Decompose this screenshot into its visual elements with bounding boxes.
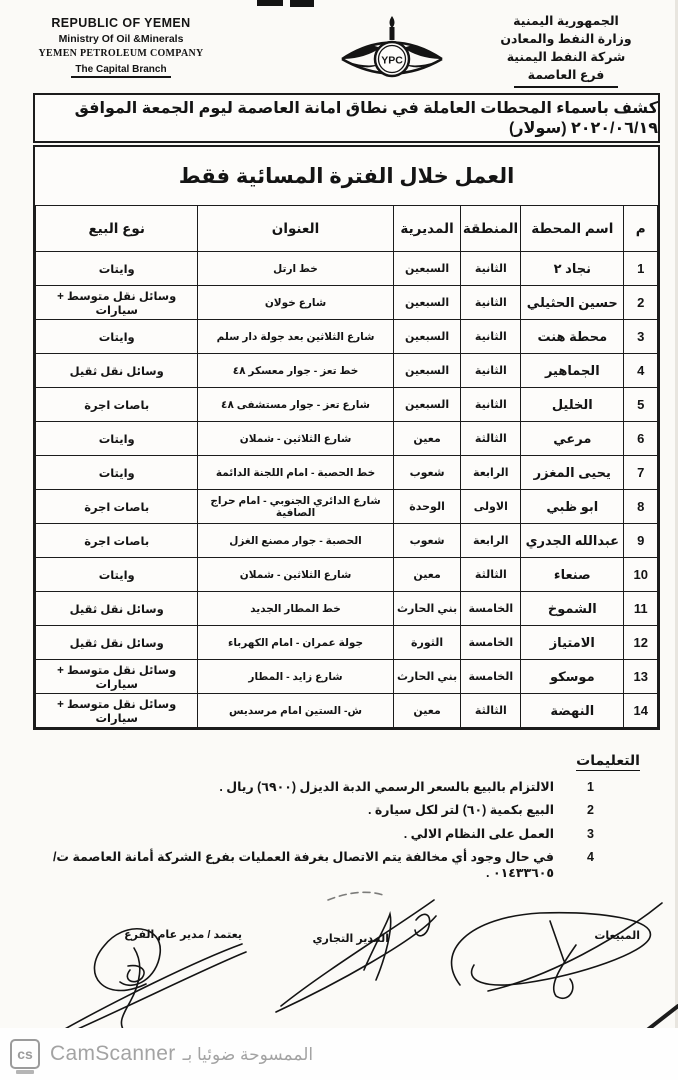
document-title-box: كشف باسماء المحطات العاملة في نطاق امانة… [33, 93, 660, 143]
cell-district: السبعين [393, 252, 461, 286]
table-row: 8ابو ظبيالاولىالوحدةشارع الدائري الجنوبي… [36, 490, 658, 524]
cell-address: جولة عمران - امام الكهرباء [198, 626, 393, 660]
cell-station: عبدالله الجدري [521, 524, 624, 558]
cell-district: معين [393, 558, 461, 592]
header-station-name: اسم المحطة [521, 206, 624, 252]
cell-station: النهضة [521, 694, 624, 728]
signature-label: يعتمد / مدير عام الفرع [124, 928, 242, 941]
cell-address: شارع زايد - المطار [198, 660, 393, 694]
document-subtitle: العمل خلال الفترة المسائية فقط [35, 147, 658, 205]
table-row: 10صنعاءالثالثةمعينشارع الثلاثين - شملانو… [36, 558, 658, 592]
scan-artifact-bar [257, 0, 283, 6]
cell-area: الثانية [461, 388, 521, 422]
cell-sale: وايتات [36, 320, 198, 354]
cell-sale: وايتات [36, 422, 198, 456]
cell-station: موسكو [521, 660, 624, 694]
cell-station: ابو ظبي [521, 490, 624, 524]
table-row: 1نجاد ٢الثانيةالسبعينخط ارتلوايتات [36, 252, 658, 286]
signature-commercial-manager: المدير التجاري [266, 886, 441, 1018]
cell-district: الوحدة [393, 490, 461, 524]
cell-area: الخامسة [461, 660, 521, 694]
cell-num: 9 [624, 524, 658, 558]
cell-sale: وسائل نقل ثقيل [36, 626, 198, 660]
cell-address: خط تعز - جوار معسكر ٤٨ [198, 354, 393, 388]
table-row: 9عبدالله الجدريالرابعةشعوبالحصبة - جوار … [36, 524, 658, 558]
cell-area: الثانية [461, 354, 521, 388]
instruction-item: 3العمل على النظام الالي . [30, 826, 652, 842]
cell-address: خط المطار الجديد [198, 592, 393, 626]
cell-district: بني الحارث [393, 592, 461, 626]
cell-station: محطة هنت [521, 320, 624, 354]
cell-num: 1 [624, 252, 658, 286]
cell-station: الشموخ [521, 592, 624, 626]
scan-artifact-bar [290, 0, 314, 7]
cell-area: الثانية [461, 320, 521, 354]
instruction-number: 4 [566, 849, 594, 882]
cell-sale: وسائل نقل ثقيل [36, 354, 198, 388]
company-name-ar: شركة النفط اليمنية [476, 48, 656, 66]
cell-area: الثالثة [461, 422, 521, 456]
table-row: 5الخليلالثانيةالسبعينشارع تعز - جوار مست… [36, 388, 658, 422]
cell-area: الثالثة [461, 694, 521, 728]
cell-num: 10 [624, 558, 658, 592]
cell-station: مرعي [521, 422, 624, 456]
header-sale-type: نوع البيع [36, 206, 198, 252]
cell-address: شارع الدائري الجنوبي - امام حراج الصافية [198, 490, 393, 524]
cell-area: الخامسة [461, 626, 521, 660]
cell-area: الخامسة [461, 592, 521, 626]
cell-area: الثانية [461, 252, 521, 286]
ypc-logo-icon: YPC [336, 12, 448, 92]
cell-district: السبعين [393, 388, 461, 422]
cell-station: حسين الحثيلي [521, 286, 624, 320]
cell-district: بني الحارث [393, 660, 461, 694]
instruction-number: 1 [566, 779, 594, 795]
cell-sale: وسائل نقل متوسط + سيارات [36, 694, 198, 728]
table-row: 3محطة هنتالثانيةالسبعينشارع الثلاثين بعد… [36, 320, 658, 354]
cell-num: 12 [624, 626, 658, 660]
document-title: كشف باسماء المحطات العاملة في نطاق امانة… [35, 98, 658, 138]
logo-text: YPC [381, 55, 403, 67]
scanned-by-text: الممسوحة ضوئيا بـ CamScanner [50, 1042, 313, 1066]
signature-scribble-icon [266, 886, 441, 1018]
ministry-name-ar: وزارة النفط والمعادن [476, 30, 656, 48]
signature-general-manager: يعتمد / مدير عام الفرع [46, 922, 258, 1037]
instruction-text: العمل على النظام الالي . [30, 826, 554, 842]
cell-num: 13 [624, 660, 658, 694]
camscanner-name: CamScanner [50, 1042, 176, 1066]
branch-name-ar: فرع العاصمة [514, 66, 619, 87]
cell-district: شعوب [393, 524, 461, 558]
instruction-number: 2 [566, 802, 594, 818]
cell-station: نجاد ٢ [521, 252, 624, 286]
signature-label: المبيعات [594, 929, 640, 942]
cell-address: شارع الثلاثين بعد جولة دار سلم [198, 320, 393, 354]
branch-name-en: The Capital Branch [71, 64, 170, 78]
cell-address: خط ارتل [198, 252, 393, 286]
cell-station: صنعاء [521, 558, 624, 592]
header-address: العنوان [198, 206, 393, 252]
instruction-text: الالتزام بالبيع بالسعر الرسمي الدبة الدي… [30, 779, 554, 795]
cell-station: يحيى المغزر [521, 456, 624, 490]
table-row: 14النهضةالثالثةمعينش- الستين امام مرسديس… [36, 694, 658, 728]
cell-district: معين [393, 694, 461, 728]
cell-sale: وايتات [36, 456, 198, 490]
cell-area: الثانية [461, 286, 521, 320]
cell-area: الاولى [461, 490, 521, 524]
cell-num: 5 [624, 388, 658, 422]
header-area: المنطقة [461, 206, 521, 252]
camscanner-logo-icon: cs [10, 1039, 40, 1069]
cell-address: الحصبة - جوار مصنع الغزل [198, 524, 393, 558]
cell-num: 8 [624, 490, 658, 524]
cell-num: 14 [624, 694, 658, 728]
cell-district: السبعين [393, 286, 461, 320]
camscanner-footer: cs الممسوحة ضوئيا بـ CamScanner [0, 1028, 678, 1080]
cell-area: الثالثة [461, 558, 521, 592]
cell-num: 2 [624, 286, 658, 320]
cell-num: 7 [624, 456, 658, 490]
scanned-document-page: REPUBLIC OF YEMEN Ministry Of Oil &Miner… [0, 0, 678, 1080]
cell-num: 4 [624, 354, 658, 388]
cell-sale: وسائل نقل متوسط + سيارات [36, 286, 198, 320]
ypc-logo: YPC [336, 12, 448, 92]
cell-district: السبعين [393, 354, 461, 388]
cell-address: خط الحصبة - امام اللجنة الدائمة [198, 456, 393, 490]
instructions-title: التعليمات [30, 752, 652, 770]
signature-label: المدير التجاري [312, 932, 389, 945]
cell-address: ش- الستين امام مرسديس [198, 694, 393, 728]
cell-address: شارع الثلاثين - شملان [198, 422, 393, 456]
instruction-item: 4في حال وجود أي مخالفة يتم الاتصال بغرفة… [30, 849, 652, 882]
cell-num: 3 [624, 320, 658, 354]
instructions-section: التعليمات 1الالتزام بالبيع بالسعر الرسمي… [30, 752, 652, 888]
instruction-text: البيع بكمية (٦٠) لتر لكل سيارة . [30, 802, 554, 818]
cell-sale: وسائل نقل ثقيل [36, 592, 198, 626]
signature-scribble-icon [428, 893, 666, 1015]
letterhead-english: REPUBLIC OF YEMEN Ministry Of Oil &Miner… [16, 16, 226, 78]
country-name-ar: الجمهورية اليمنية [476, 12, 656, 30]
cell-address: شارع الثلاثين - شملان [198, 558, 393, 592]
table-row: 12الامتيازالخامسةالثورةجولة عمران - امام… [36, 626, 658, 660]
cell-district: السبعين [393, 320, 461, 354]
letterhead: REPUBLIC OF YEMEN Ministry Of Oil &Miner… [0, 12, 678, 94]
table-row: 2حسين الحثيليالثانيةالسبعينشارع خولانوسا… [36, 286, 658, 320]
company-name-en: YEMEN PETROLEUM COMPANY [16, 48, 226, 59]
cell-sale: وايتات [36, 252, 198, 286]
cell-address: شارع خولان [198, 286, 393, 320]
stations-frame: العمل خلال الفترة المسائية فقط م اسم الم… [33, 145, 660, 730]
table-header-row: م اسم المحطة المنطقة المديرية العنوان نو… [36, 206, 658, 252]
cell-station: الخليل [521, 388, 624, 422]
cell-sale: باصات اجرة [36, 490, 198, 524]
table-row: 7يحيى المغزرالرابعةشعوبخط الحصبة - امام … [36, 456, 658, 490]
cell-station: الامتياز [521, 626, 624, 660]
cell-sale: باصات اجرة [36, 388, 198, 422]
table-row: 6مرعيالثالثةمعينشارع الثلاثين - شملانواي… [36, 422, 658, 456]
table-row: 4الجماهيرالثانيةالسبعينخط تعز - جوار معس… [36, 354, 658, 388]
table-row: 11الشموخالخامسةبني الحارثخط المطار الجدي… [36, 592, 658, 626]
header-district: المديرية [393, 206, 461, 252]
instruction-number: 3 [566, 826, 594, 842]
cell-station: الجماهير [521, 354, 624, 388]
cell-district: الثورة [393, 626, 461, 660]
signature-sales: المبيعات [428, 893, 666, 1015]
cell-address: شارع تعز - جوار مستشفى ٤٨ [198, 388, 393, 422]
cell-area: الرابعة [461, 456, 521, 490]
cell-district: معين [393, 422, 461, 456]
table-row: 13موسكوالخامسةبني الحارثشارع زايد - المط… [36, 660, 658, 694]
cell-sale: وسائل نقل متوسط + سيارات [36, 660, 198, 694]
instruction-item: 1الالتزام بالبيع بالسعر الرسمي الدبة الد… [30, 779, 652, 795]
ministry-name-en: Ministry Of Oil &Minerals [16, 33, 226, 45]
instructions-list: 1الالتزام بالبيع بالسعر الرسمي الدبة الد… [30, 779, 652, 881]
header-num: م [624, 206, 658, 252]
instruction-item: 2البيع بكمية (٦٠) لتر لكل سيارة . [30, 802, 652, 818]
instruction-text: في حال وجود أي مخالفة يتم الاتصال بغرفة … [30, 849, 554, 882]
cell-num: 11 [624, 592, 658, 626]
cell-num: 6 [624, 422, 658, 456]
cell-district: شعوب [393, 456, 461, 490]
cell-sale: وايتات [36, 558, 198, 592]
cell-sale: باصات اجرة [36, 524, 198, 558]
country-name-en: REPUBLIC OF YEMEN [16, 16, 226, 30]
cell-area: الرابعة [461, 524, 521, 558]
letterhead-arabic: الجمهورية اليمنية وزارة النفط والمعادن ش… [476, 12, 656, 88]
stations-table: م اسم المحطة المنطقة المديرية العنوان نو… [35, 205, 658, 728]
scanned-by-arabic: الممسوحة ضوئيا بـ [183, 1045, 314, 1065]
